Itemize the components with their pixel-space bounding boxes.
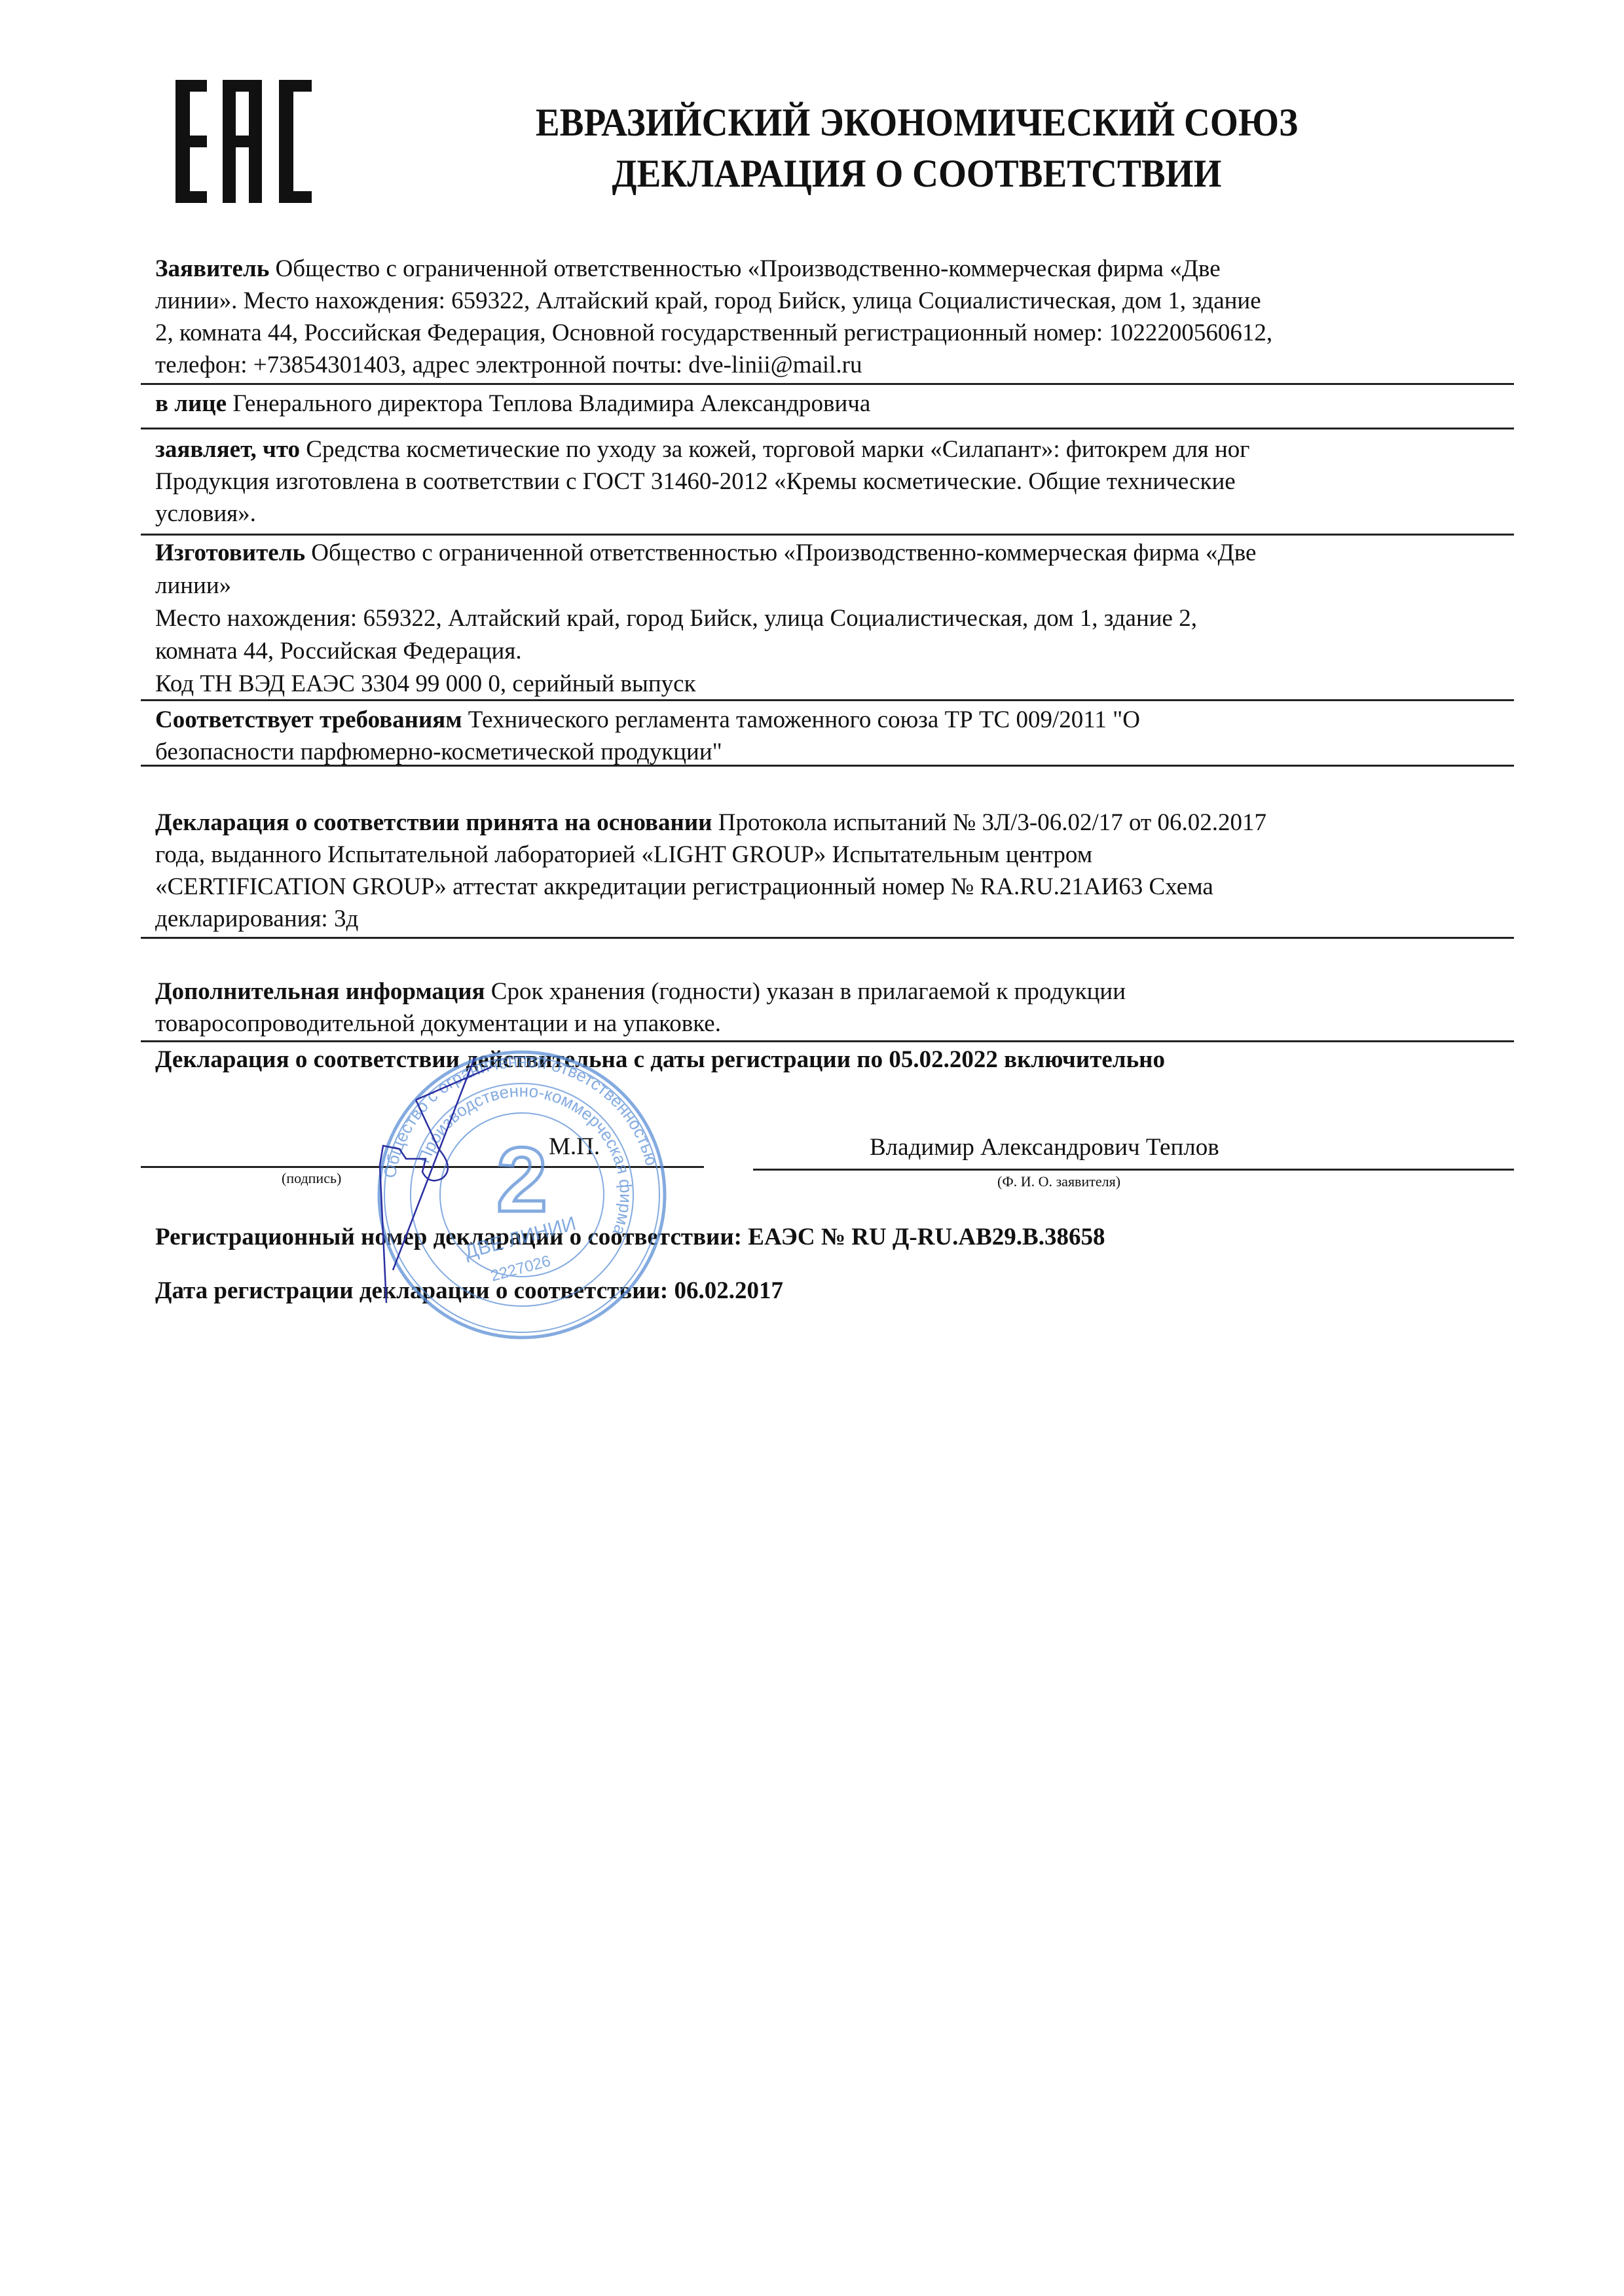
applicant-line: 2, комната 44, Российская Федерация, Осн… [155,317,1511,349]
basis-line: «CERTIFICATION GROUP» аттестат аккредита… [155,871,1511,903]
registration-date-value: 06.02.2017 [668,1277,783,1304]
stamp-middle-text: Производственно-коммерческая фирма [414,1081,637,1239]
basis-line: Протокола испытаний № 3Л/3-06.02/17 от 0… [712,809,1266,836]
hs-code: Код ТН ВЭД ЕАЭС 3304 99 000 0, серийный … [155,668,1511,701]
basis-line: декларирования: 3д [155,903,1511,935]
divider [141,383,1514,385]
validity-statement: Декларация о соответствии действительна … [155,1044,1511,1076]
additional-info-section: Дополнительная информация Срок хранения … [155,975,1511,1040]
manufacturer-section: Изготовитель Общество с ограниченной отв… [155,537,1511,701]
declares-label: заявляет, что [155,436,300,463]
manufacturer-line: линии» [155,570,1511,602]
manufacturer-label: Изготовитель [155,539,305,566]
declares-line: Продукция изготовлена в соответствии с Г… [155,465,1511,498]
complies-section: Соответствует требованиям Технического р… [155,704,1511,768]
declares-line: Средства косметические по уходу за кожей… [300,436,1249,463]
divider [141,1040,1514,1042]
complies-line: Технического регламента таможенного союз… [462,706,1140,733]
manufacturer-line: комната 44, Российская Федерация. [155,635,1511,668]
applicant-name-line [753,1169,1514,1171]
divider [141,765,1514,767]
declaration-page: ЕВРАЗИЙСКИЙ ЭКОНОМИЧЕСКИЙ СОЮЗ ДЕКЛАРАЦИ… [0,0,1624,2296]
manufacturer-line: Общество с ограниченной ответственностью… [305,539,1256,566]
registration-number-label: Регистрационный номер декларации о соотв… [155,1224,742,1250]
registration-number-value: ЕАЭС № RU Д-RU.АВ29.В.38658 [742,1224,1105,1250]
seal-place-label: М.П. [549,1133,600,1161]
represented-by-label: в лице [155,390,227,417]
divider [141,699,1514,701]
divider [141,428,1514,429]
applicant-label: Заявитель [155,255,269,282]
complies-label: Соответствует требованиям [155,706,462,733]
applicant-line: телефон: +73854301403, адрес электронной… [155,349,1511,381]
basis-line: года, выданного Испытательной лаборатори… [155,839,1511,871]
applicant-name: Владимир Александрович Теплов [870,1133,1219,1161]
applicant-line: Общество с ограниченной ответственностью… [269,255,1220,282]
applicant-name-caption: (Ф. И. О. заявителя) [997,1173,1120,1190]
basis-section: Декларация о соответствии принята на осн… [155,807,1511,935]
basis-label: Декларация о соответствии принята на осн… [155,809,712,836]
eac-logo-icon [175,80,313,203]
divider [141,534,1514,536]
additional-info-line: Срок хранения (годности) указан в прилаг… [485,978,1126,1005]
registration-number: Регистрационный номер декларации о соотв… [155,1223,1105,1251]
applicant-line: линии». Место нахождения: 659322, Алтайс… [155,285,1511,317]
title-line-union: ЕВРАЗИЙСКИЙ ЭКОНОМИЧЕСКИЙ СОЮЗ [411,97,1423,148]
represented-by-section: в лице Генерального директора Теплова Вл… [155,388,1511,420]
divider [141,937,1514,939]
declares-line: условия». [155,498,1511,530]
registration-date: Дата регистрации декларации о соответств… [155,1277,783,1305]
applicant-section: Заявитель Общество с ограниченной ответс… [155,253,1511,381]
registration-date-label: Дата регистрации декларации о соответств… [155,1277,668,1304]
title-line-declaration: ДЕКЛАРАЦИЯ О СООТВЕТСТВИИ [411,148,1423,199]
svg-text:2: 2 [496,1128,547,1231]
declares-section: заявляет, что Средства косметические по … [155,433,1511,530]
represented-by-text: Генерального директора Теплова Владимира… [227,390,870,417]
additional-info-label: Дополнительная информация [155,978,485,1005]
signature-caption: (подпись) [282,1170,341,1187]
complies-line: безопасности парфюмерно-косметической пр… [155,736,1511,768]
additional-info-line: товаросопроводительной документации и на… [155,1008,1511,1040]
manufacturer-line: Место нахождения: 659322, Алтайский край… [155,602,1511,635]
signature-line [141,1166,704,1168]
document-title: ЕВРАЗИЙСКИЙ ЭКОНОМИЧЕСКИЙ СОЮЗ ДЕКЛАРАЦИ… [411,97,1423,199]
